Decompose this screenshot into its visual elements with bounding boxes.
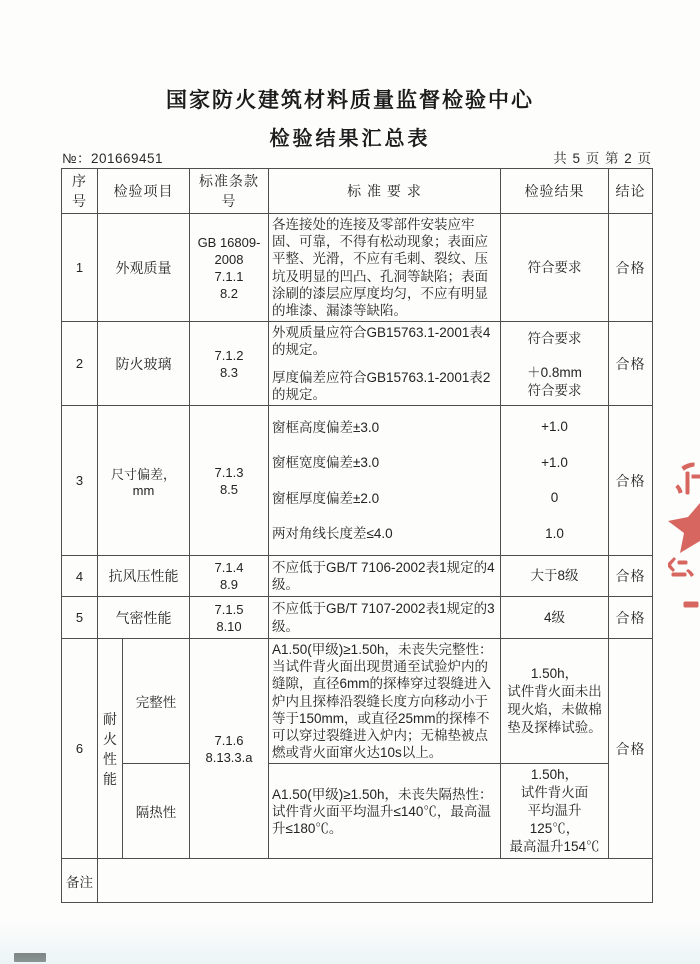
row4-seq: 4 (62, 556, 98, 597)
header-item: 检验项目 (98, 169, 190, 214)
row2-item: 防火玻璃 (98, 322, 190, 406)
row2-result-line2: ＋0.8mm (504, 364, 605, 382)
row1-item: 外观质量 (98, 214, 190, 322)
table-row: 6 耐火性能 完整性 7.1.6 8.13.3.a A1.50(甲级)≥1.50… (62, 639, 653, 764)
row4-requirement: 不应低于GB/T 7106-2002表1规定的4级。 (269, 556, 501, 597)
row3-result-3: 0 (504, 489, 605, 507)
row2-requirement-p2: 厚度偏差应符合GB15763.1-2001表2的规定。 (272, 369, 497, 403)
row1-requirement: 各连接处的连接及零部件安装应牢固、可靠，不得有松动现象；表面应平整、光滑，不应有… (269, 214, 501, 322)
row3-item: 尺寸偏差，mm (98, 406, 190, 556)
row3-conclusion: 合格 (609, 406, 653, 556)
table-row: 5 气密性能 7.1.5 8.10 不应低于GB/T 7107-2002表1规定… (62, 597, 653, 639)
official-seal-fragment-icon (658, 455, 700, 610)
row4-clause: 7.1.4 8.9 (190, 556, 269, 597)
row6-conclusion: 合格 (609, 639, 653, 859)
row3-req-2: 窗框宽度偏差±3.0 (272, 454, 497, 471)
row3-result-1: +1.0 (504, 418, 605, 436)
row2-clause: 7.1.2 8.3 (190, 322, 269, 406)
row4-item: 抗风压性能 (98, 556, 190, 597)
row1-seq: 1 (62, 214, 98, 322)
row3-requirement: 窗框高度偏差±3.0 窗框宽度偏差±3.0 窗框厚度偏差±2.0 两对角线长度差… (269, 406, 501, 556)
row4-conclusion: 合格 (609, 556, 653, 597)
row5-clause: 7.1.5 8.10 (190, 597, 269, 639)
header-requirement: 标 准 要 求 (269, 169, 501, 214)
scanned-report-page: 国家防火建筑材料质量监督检验中心 检验结果汇总表 №：201669451 共 5… (0, 0, 700, 964)
row5-requirement: 不应低于GB/T 7107-2002表1规定的3级。 (269, 597, 501, 639)
page-count: 共 5 页 第 2 页 (553, 147, 652, 167)
row3-clause: 7.1.3 8.5 (190, 406, 269, 556)
row5-item: 气密性能 (98, 597, 190, 639)
row3-req-4: 两对角线长度差≤4.0 (272, 525, 497, 542)
table-row: 3 尺寸偏差，mm 7.1.3 8.5 窗框高度偏差±3.0 窗框宽度偏差±3.… (62, 406, 653, 556)
row5-conclusion: 合格 (609, 597, 653, 639)
row1-clause: GB 16809- 2008 7.1.1 8.2 (190, 214, 269, 322)
table-header-row: 序号 检验项目 标准条款号 标 准 要 求 检验结果 结论 (62, 169, 653, 214)
row1-conclusion: 合格 (609, 214, 653, 322)
remarks-content (98, 859, 653, 903)
row6-seq: 6 (62, 639, 98, 859)
row6-clause: 7.1.6 8.13.3.a (190, 639, 269, 859)
row6-integrity-requirement: A1.50(甲级)≥1.50h，未丧失完整性：当试件背火面出现贯通至试验炉内的缝… (269, 639, 501, 764)
row3-result-2: +1.0 (504, 454, 605, 472)
row1-result: 符合要求 (501, 214, 609, 322)
row2-requirement-p1: 外观质量应符合GB15763.1-2001表4的规定。 (272, 324, 497, 358)
row3-result: +1.0 +1.0 0 1.0 (501, 406, 609, 556)
table-row: 1 外观质量 GB 16809- 2008 7.1.1 8.2 各连接处的连接及… (62, 214, 653, 322)
row6-sub-integrity: 完整性 (123, 639, 190, 764)
report-number: №：201669451 (62, 147, 163, 167)
row3-seq: 3 (62, 406, 98, 556)
scan-bottom-tint (0, 920, 700, 964)
table-row: 2 防火玻璃 7.1.2 8.3 外观质量应符合GB15763.1-2001表4… (62, 322, 653, 406)
row2-seq: 2 (62, 322, 98, 406)
header-clause: 标准条款号 (190, 169, 269, 214)
row5-result: 4级 (501, 597, 609, 639)
row2-result-line3: 符合要求 (504, 382, 605, 400)
row6-integrity-result: 1.50h， 试件背火面未出 现火焰，未做棉 垫及探棒试验。 (501, 639, 609, 764)
header-conclusion: 结论 (609, 169, 653, 214)
results-table: 序号 检验项目 标准条款号 标 准 要 求 检验结果 结论 1 外观质量 GB … (61, 168, 653, 903)
row6-item-group: 耐火性能 (98, 639, 123, 859)
header-result: 检验结果 (501, 169, 609, 214)
row3-req-3: 窗框厚度偏差±2.0 (272, 490, 497, 507)
remarks-label: 备注 (62, 859, 98, 903)
row5-seq: 5 (62, 597, 98, 639)
header-seq: 序号 (62, 169, 98, 214)
table-row: 4 抗风压性能 7.1.4 8.9 不应低于GB/T 7106-2002表1规定… (62, 556, 653, 597)
row6-sub-insulation: 隔热性 (123, 764, 190, 859)
row2-conclusion: 合格 (609, 322, 653, 406)
meta-row: №：201669451 共 5 页 第 2 页 (62, 147, 652, 165)
table-row: 隔热性 A1.50(甲级)≥1.50h，未丧失隔热性：试件背火面平均温升≤140… (62, 764, 653, 859)
row4-result: 大于8级 (501, 556, 609, 597)
remarks-row: 备注 (62, 859, 653, 903)
page-title: 国家防火建筑材料质量监督检验中心 (0, 84, 700, 114)
row3-req-1: 窗框高度偏差±3.0 (272, 419, 497, 436)
row2-result-line1: 符合要求 (504, 330, 605, 348)
row3-result-4: 1.0 (504, 525, 605, 543)
row6-insulation-result: 1.50h， 试件背火面 平均温升125℃， 最高温升154℃ (501, 764, 609, 859)
row2-requirement: 外观质量应符合GB15763.1-2001表4的规定。 厚度偏差应符合GB157… (269, 322, 501, 406)
row2-result: 符合要求 ＋0.8mm 符合要求 (501, 322, 609, 406)
row6-item-group-label: 耐火性能 (103, 709, 118, 789)
row6-insulation-requirement: A1.50(甲级)≥1.50h，未丧失隔热性：试件背火面平均温升≤140℃，最高… (269, 764, 501, 859)
